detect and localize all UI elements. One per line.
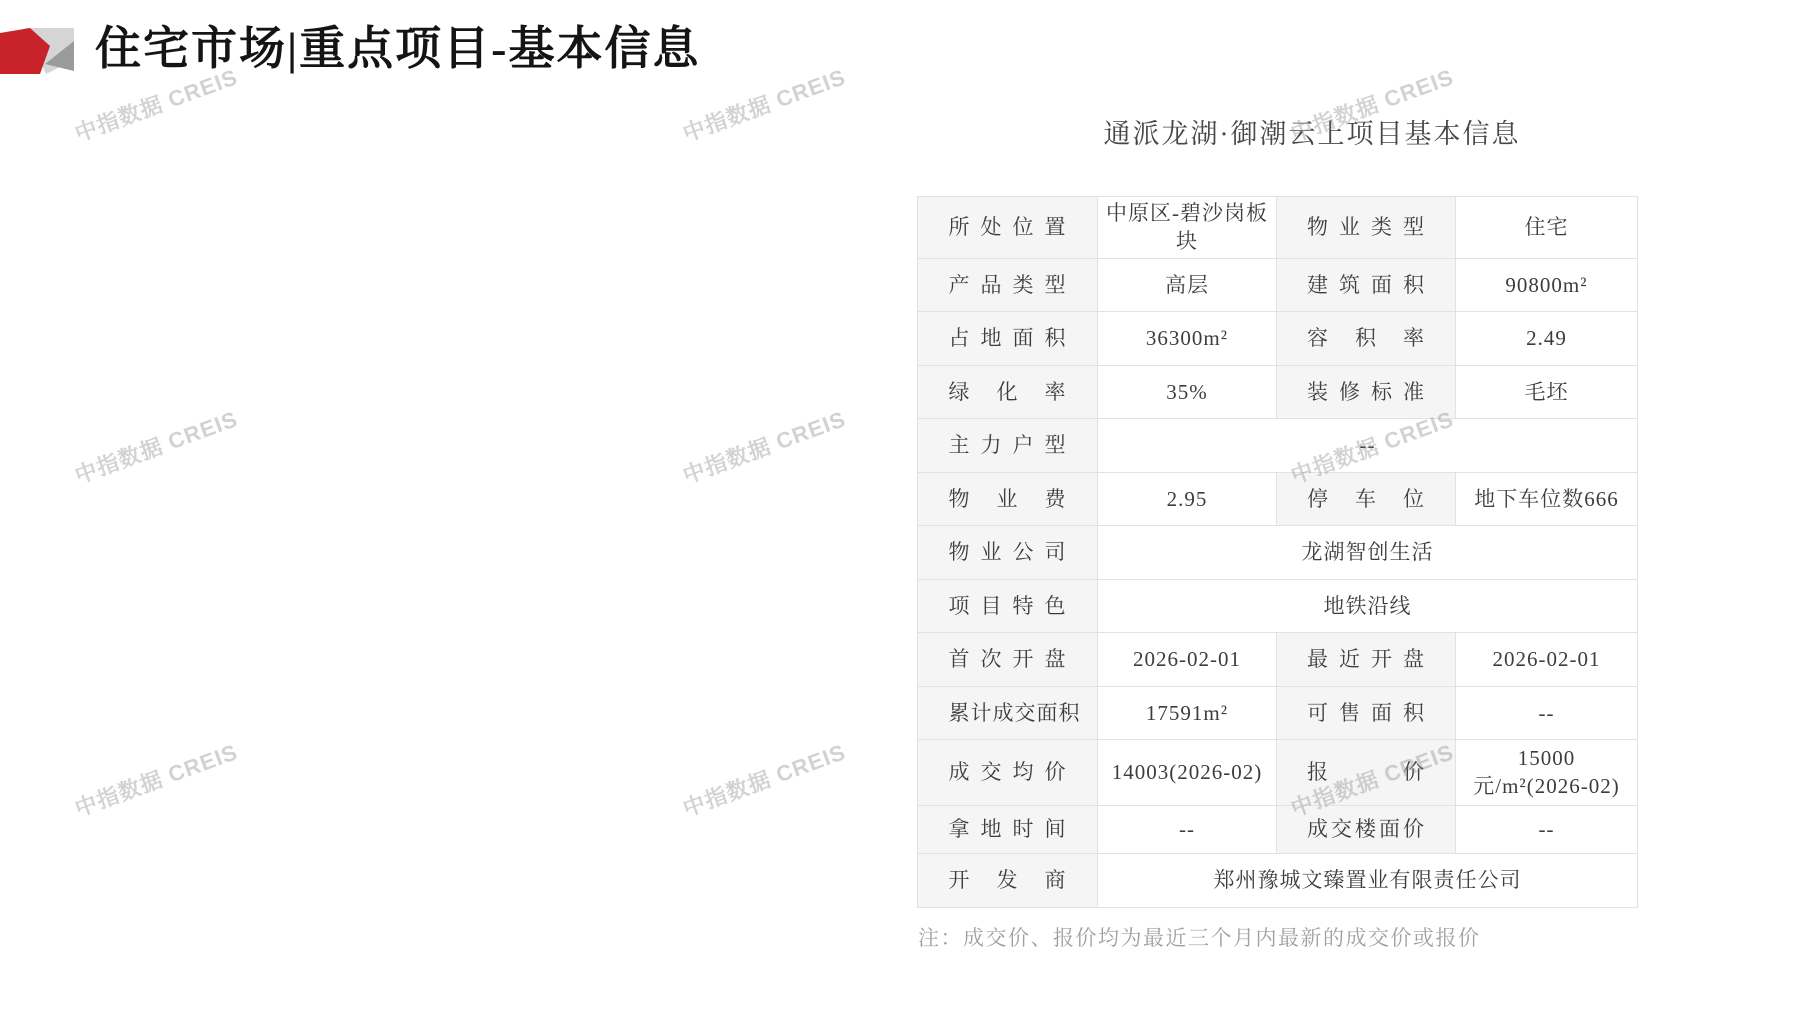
table-row: 产品类型 高层 建筑面积 90800m² [918,258,1638,311]
label-cell: 可售面积 [1277,686,1456,739]
watermark-text: 中指数据 CREIS [679,62,850,149]
label-cell: 停车位 [1277,472,1456,525]
creis-logo-icon [0,28,74,74]
value-cell: 2026-02-01 [1098,632,1277,686]
table-row: 项目特色 地铁沿线 [918,579,1638,632]
label-cell: 成交楼面价 [1277,805,1456,853]
label-cell: 绿化率 [918,365,1098,418]
watermark-text: 中指数据 CREIS [679,404,850,491]
value-cell: 2026-02-01 [1456,632,1638,686]
table-row: 成交均价 14003(2026-02) 报价 15000元/m²(2026-02… [918,739,1638,805]
label-cell: 成交均价 [918,739,1098,805]
label-cell: 物业类型 [1277,197,1456,259]
label-cell: 拿地时间 [918,805,1098,853]
value-cell: 地铁沿线 [1098,579,1638,632]
value-cell: -- [1456,805,1638,853]
value-cell: -- [1098,418,1638,472]
label-cell: 主力户型 [918,418,1098,472]
value-cell: 36300m² [1098,311,1277,365]
table-title: 通派龙湖·御潮云上项目基本信息 [917,112,1707,151]
label-cell: 装修标准 [1277,365,1456,418]
value-cell: 15000元/m²(2026-02) [1456,739,1638,805]
table-row: 开发商 郑州豫城文臻置业有限责任公司 [918,853,1638,907]
footnote: 注：成交价、报价均为最近三个月内最新的成交价或报价 [918,922,1481,952]
label-cell: 项目特色 [918,579,1098,632]
value-cell: -- [1098,805,1277,853]
value-cell: 毛坯 [1456,365,1638,418]
value-cell: 90800m² [1456,258,1638,311]
value-cell: 郑州豫城文臻置业有限责任公司 [1098,853,1638,907]
label-cell: 容积率 [1277,311,1456,365]
value-cell: 住宅 [1456,197,1638,259]
label-cell: 占地面积 [918,311,1098,365]
table-row: 主力户型 -- [918,418,1638,472]
project-info-table: 所处位置 中原区-碧沙岗板块 物业类型 住宅 产品类型 高层 建筑面积 9080… [917,196,1638,908]
watermark-text: 中指数据 CREIS [71,404,242,491]
label-cell: 产品类型 [918,258,1098,311]
value-cell: 14003(2026-02) [1098,739,1277,805]
value-cell: 2.95 [1098,472,1277,525]
table-row: 绿化率 35% 装修标准 毛坯 [918,365,1638,418]
label-cell: 首次开盘 [918,632,1098,686]
label-cell: 最近开盘 [1277,632,1456,686]
value-cell: 17591m² [1098,686,1277,739]
table-row: 物业费 2.95 停车位 地下车位数666 [918,472,1638,525]
table-row: 首次开盘 2026-02-01 最近开盘 2026-02-01 [918,632,1638,686]
value-cell: 龙湖智创生活 [1098,525,1638,579]
table-row: 累计成交面积 17591m² 可售面积 -- [918,686,1638,739]
page-title: 住宅市场|重点项目-基本信息 [95,20,700,78]
label-cell: 报价 [1277,739,1456,805]
table-row: 物业公司 龙湖智创生活 [918,525,1638,579]
value-cell: -- [1456,686,1638,739]
table-row: 所处位置 中原区-碧沙岗板块 物业类型 住宅 [918,197,1638,259]
value-cell: 高层 [1098,258,1277,311]
watermark-text: 中指数据 CREIS [679,737,850,824]
value-cell: 中原区-碧沙岗板块 [1098,197,1277,259]
value-cell: 35% [1098,365,1277,418]
table-row: 拿地时间 -- 成交楼面价 -- [918,805,1638,853]
label-cell: 物业费 [918,472,1098,525]
label-cell: 建筑面积 [1277,258,1456,311]
label-cell: 所处位置 [918,197,1098,259]
value-cell: 地下车位数666 [1456,472,1638,525]
label-cell: 开发商 [918,853,1098,907]
label-cell: 物业公司 [918,525,1098,579]
watermark-text: 中指数据 CREIS [71,737,242,824]
value-cell: 2.49 [1456,311,1638,365]
table-row: 占地面积 36300m² 容积率 2.49 [918,311,1638,365]
label-cell: 累计成交面积 [918,686,1098,739]
